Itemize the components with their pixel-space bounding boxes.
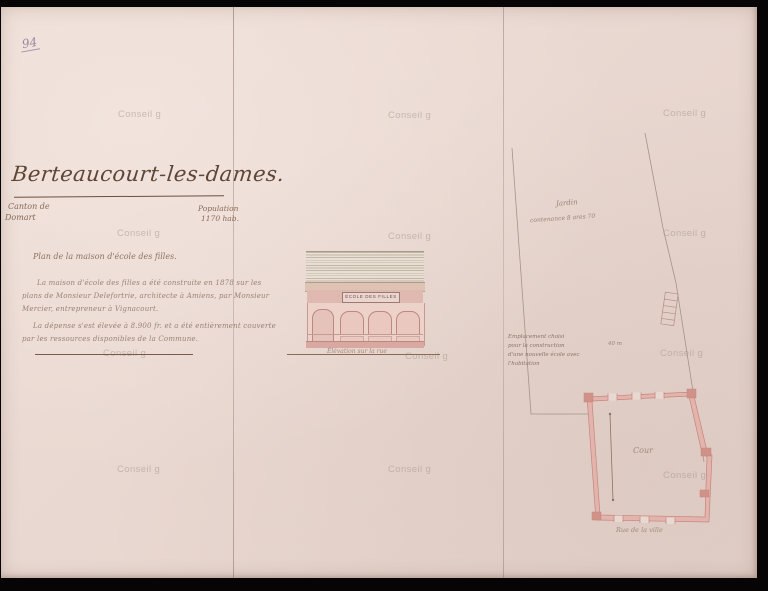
document-subtitle: Plan de la maison d'école des filles. [33, 252, 177, 261]
floorplan-walls [584, 389, 712, 524]
canton-line2: Domart [5, 213, 36, 222]
site-note-line: d'une nouvelle école avec [508, 352, 580, 358]
dimension-label: 40 m [608, 341, 622, 347]
elevation-window [396, 311, 420, 335]
elevation-sill-line [307, 334, 423, 335]
elevation-window [340, 311, 364, 335]
elevation-roof [306, 251, 424, 283]
paragraph-line: plans de Monsieur Delefortrie, architect… [22, 292, 269, 300]
street-caption: Rue de la ville [616, 526, 663, 534]
site-note-line: l'habitation [508, 361, 540, 367]
site-note-line: pour la construction [508, 343, 565, 349]
shed-symbol [661, 292, 678, 325]
paragraph-line: La maison d'école des filles a été const… [37, 279, 261, 287]
population-line1: Population [198, 204, 239, 213]
signature-flourish-line [35, 354, 193, 355]
elevation-window [368, 311, 392, 335]
canton-line1: Canton de [8, 202, 50, 211]
scanned-document-page: Conseil g Conseil g Conseil g Conseil g … [0, 0, 768, 591]
population-line2: 1170 hab. [201, 214, 239, 223]
wall-openings [608, 392, 675, 524]
document-title: Berteaucourt-les-dames. [11, 162, 286, 186]
paragraph-line: par les ressources disponibles de la Com… [22, 335, 198, 343]
site-note-line: Emplacement choisi [508, 334, 564, 340]
elevation-caption: Élévation sur la rue [327, 348, 387, 355]
school-sign: ÉCOLE DES FILLES [342, 292, 400, 303]
paragraph-line: La dépense s'est élevée à 8.900 fr. et a… [33, 322, 276, 330]
parcel-boundary-lines [512, 133, 704, 462]
courtyard-label: Cour [633, 446, 653, 455]
paragraph-line: Mercier, entrepreneur à Vignacourt. [22, 305, 158, 313]
inner-wall-line [609, 413, 614, 501]
elevation-plinth [306, 341, 424, 348]
